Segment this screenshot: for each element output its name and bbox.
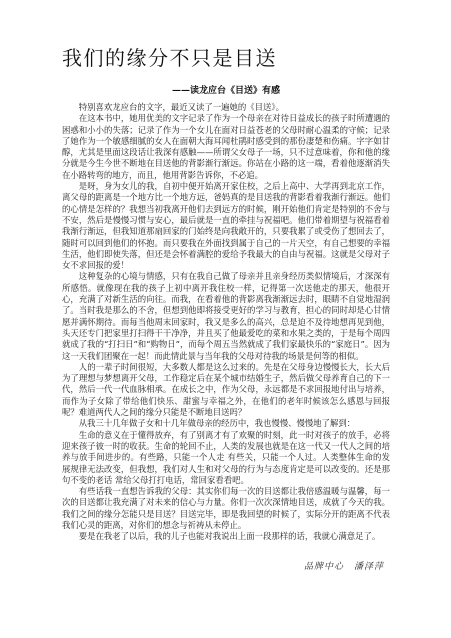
paragraph-3: 是呀，身为女儿的我，自初中便开始离开家住校，之后上高中、大学再到北京工作，离父母… [62,181,390,271]
paragraph-4: 这种复杂的心境与情感，只有在我自己做了母亲并且亲身经历类似情境后，才深深有所感悟… [62,271,390,361]
document-page: 我们的缘分不只是目送 ——读龙应台《目送》有感 特别喜欢龙应台的文字，最近又读了… [0,0,451,638]
paragraph-9: 要是在我老了以后，我的儿子也能对我说出上面一段那样的话，我就心满意足了。 [62,531,390,542]
paragraph-8: 有些话我一直想告诉我的父母：其实你们每一次的目送都让我倍感温暖与温馨，每一次的目… [62,486,390,531]
paragraph-6: 从我三十几年做子女和十几年做母亲的经历中，我也慢慢、慢慢地了解到： [62,418,390,429]
document-body: 特别喜欢龙应台的文字，最近又读了一遍她的《目送》。 在这本书中，她用优美的文字记… [62,102,390,543]
paragraph-7: 生命的意义在于懂得放弃，有了别离才有了欢聚的时刻，此一时对孩子的放手，必将迎来孩… [62,430,390,486]
document-subtitle: ——读龙应台《目送》有感 [62,83,390,96]
paragraph-1: 特别喜欢龙应台的文字，最近又读了一遍她的《目送》。 [62,102,390,113]
document-title: 我们的缘分不只是目送 [62,42,390,71]
paragraph-2: 在这本书中，她用优美的文字记录了作为一个母亲在对待日益成长的孩子时所遭遇的困惑和… [62,113,390,181]
paragraph-5: 人的一辈子时间很短，大多数人都是这么过来的。先是在父母身边慢慢长大，长大后为了理… [62,362,390,418]
author-signature: 品牌中心 潘泽萍 [62,559,390,572]
